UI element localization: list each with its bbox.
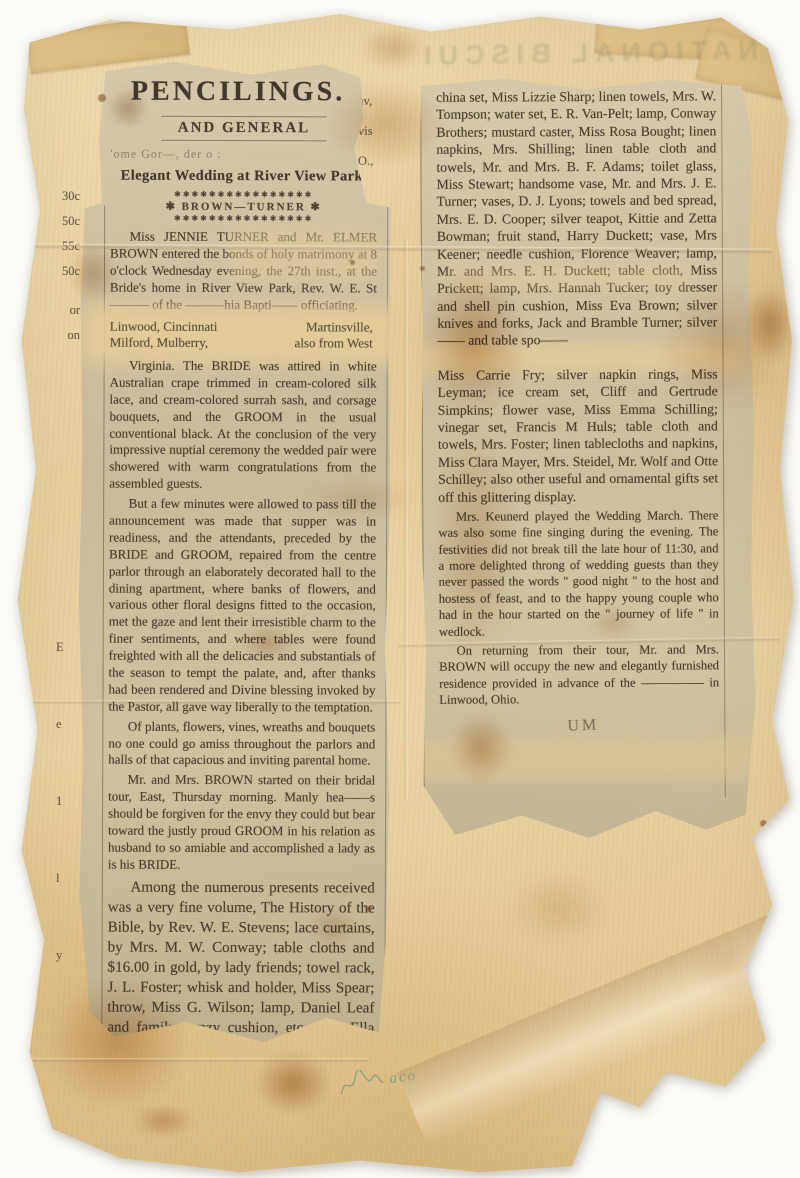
ornament-label: ✱ BROWN—TURNER ✱ <box>110 199 377 214</box>
masthead-fragment: 'ome Gor—, der o : <box>110 147 377 163</box>
article-paragraph-march: Mrs. Keunerd played the Wedding March. T… <box>438 507 719 639</box>
ornament-border: ✱✱✱✱✱✱✱✱✱✱✱✱✱✱✱✱ ✱ BROWN—TURNER ✱ ✱✱✱✱✱✱… <box>110 190 377 224</box>
edge-fragment-strip: E e 1 l y <box>56 640 64 1025</box>
speck <box>760 820 767 827</box>
price-fragment: 50c <box>50 259 80 284</box>
text-fragment: Linwood, Cincinnati <box>110 319 218 335</box>
masthead-title: PENCILINGS. <box>105 76 372 109</box>
stain <box>238 1038 348 1128</box>
edge-fragment: O., <box>358 146 373 176</box>
aged-envelope-paper: NATIONAL BISCUI 30c 50c 55c 50c or on av… <box>0 0 800 1178</box>
stain <box>118 1096 208 1146</box>
article-paragraph-bride: Virginia. The BRIDE was attired in white… <box>109 358 376 494</box>
speck <box>98 94 106 102</box>
torn-band <box>423 351 731 365</box>
article-paragraph-opening: Miss JENNIE TURNER and Mr. ELMER BROWN e… <box>110 229 377 314</box>
price-fragment-strip: 30c 50c 55c 50c or on <box>50 184 80 348</box>
ornament-bottom-row: ✱✱✱✱✱✱✱✱✱✱✱✱✱✱✱✱ <box>110 213 377 224</box>
gift-list-paragraph: china set, Miss Lizzie Sharp; linen towe… <box>436 87 717 349</box>
torn-text-zone: Linwood, Cincinnati Martinsville, Milfor… <box>94 316 389 353</box>
crease-line <box>28 1058 368 1063</box>
article-paragraph-presents: Among the numerous presents received was… <box>107 877 375 1058</box>
edge-fragment: E <box>56 640 64 655</box>
article-paragraph-tour: Mr. and Mrs. BROWN started on their brid… <box>108 772 375 874</box>
signature-mark: UM <box>567 712 720 736</box>
stain <box>652 1072 732 1132</box>
article-paragraph-return: On returning from their tour, Mr. and Mr… <box>439 641 719 708</box>
text-fragment: Milford, Mulberry, <box>110 335 209 351</box>
edge-fragment: 1 <box>56 794 64 809</box>
ghost-showthrough-text: NATIONAL BISCUI <box>398 35 758 72</box>
gift-list-paragraph: Miss Carrie Fry; silver napkin rings, Mi… <box>438 365 719 506</box>
price-fragment: on <box>50 323 80 348</box>
edge-fragment: y <box>56 948 64 963</box>
price-fragment: or <box>50 298 80 323</box>
pencil-squiggle-icon <box>337 1067 386 1098</box>
speck <box>350 260 355 265</box>
torn-text-line: Milford, Mulberry, also from West <box>110 335 373 352</box>
pencil-mark: aco <box>337 1063 419 1098</box>
text-fragment: also from West <box>295 335 373 351</box>
fold-crease <box>397 854 800 1146</box>
crease-line <box>404 240 408 800</box>
article-paragraph-supper: But a few minutes were allowed to pass t… <box>108 496 376 717</box>
stain <box>488 858 628 958</box>
price-fragment: 50c <box>50 209 80 234</box>
column-rule <box>384 61 388 1043</box>
stain <box>678 928 778 1008</box>
left-newspaper-clipping: PENCILINGS. AND GENERAL 'ome Gor—, der o… <box>77 59 391 1042</box>
column-rule <box>420 79 425 839</box>
torn-text-line: Linwood, Cincinnati Martinsville, <box>110 319 373 336</box>
speck <box>366 906 372 912</box>
edge-fragment: l <box>56 871 64 886</box>
masthead-subtitle: AND GENERAL <box>161 116 327 142</box>
right-newspaper-clipping: china set, Miss Lizzie Sharp; linen towe… <box>418 77 756 839</box>
pencil-text: aco <box>389 1068 418 1087</box>
edge-fragment: e <box>56 717 64 732</box>
wear-patch <box>421 737 755 781</box>
price-fragment: 30c <box>50 184 80 209</box>
scanned-newspaper-clipping: NATIONAL BISCUI 30c 50c 55c 50c or on av… <box>0 0 800 1178</box>
speck <box>420 266 425 271</box>
text-fragment: Martinsville, <box>306 319 373 335</box>
column-rule <box>721 77 726 797</box>
paper-wrap: NATIONAL BISCUI 30c 50c 55c 50c or on av… <box>0 0 800 1178</box>
price-fragment: 55c <box>50 234 80 259</box>
headline: Elegant Wedding at River View Park. <box>110 168 377 186</box>
article-paragraph-plants: Of plants, flowers, vines, wreaths and b… <box>108 718 375 770</box>
